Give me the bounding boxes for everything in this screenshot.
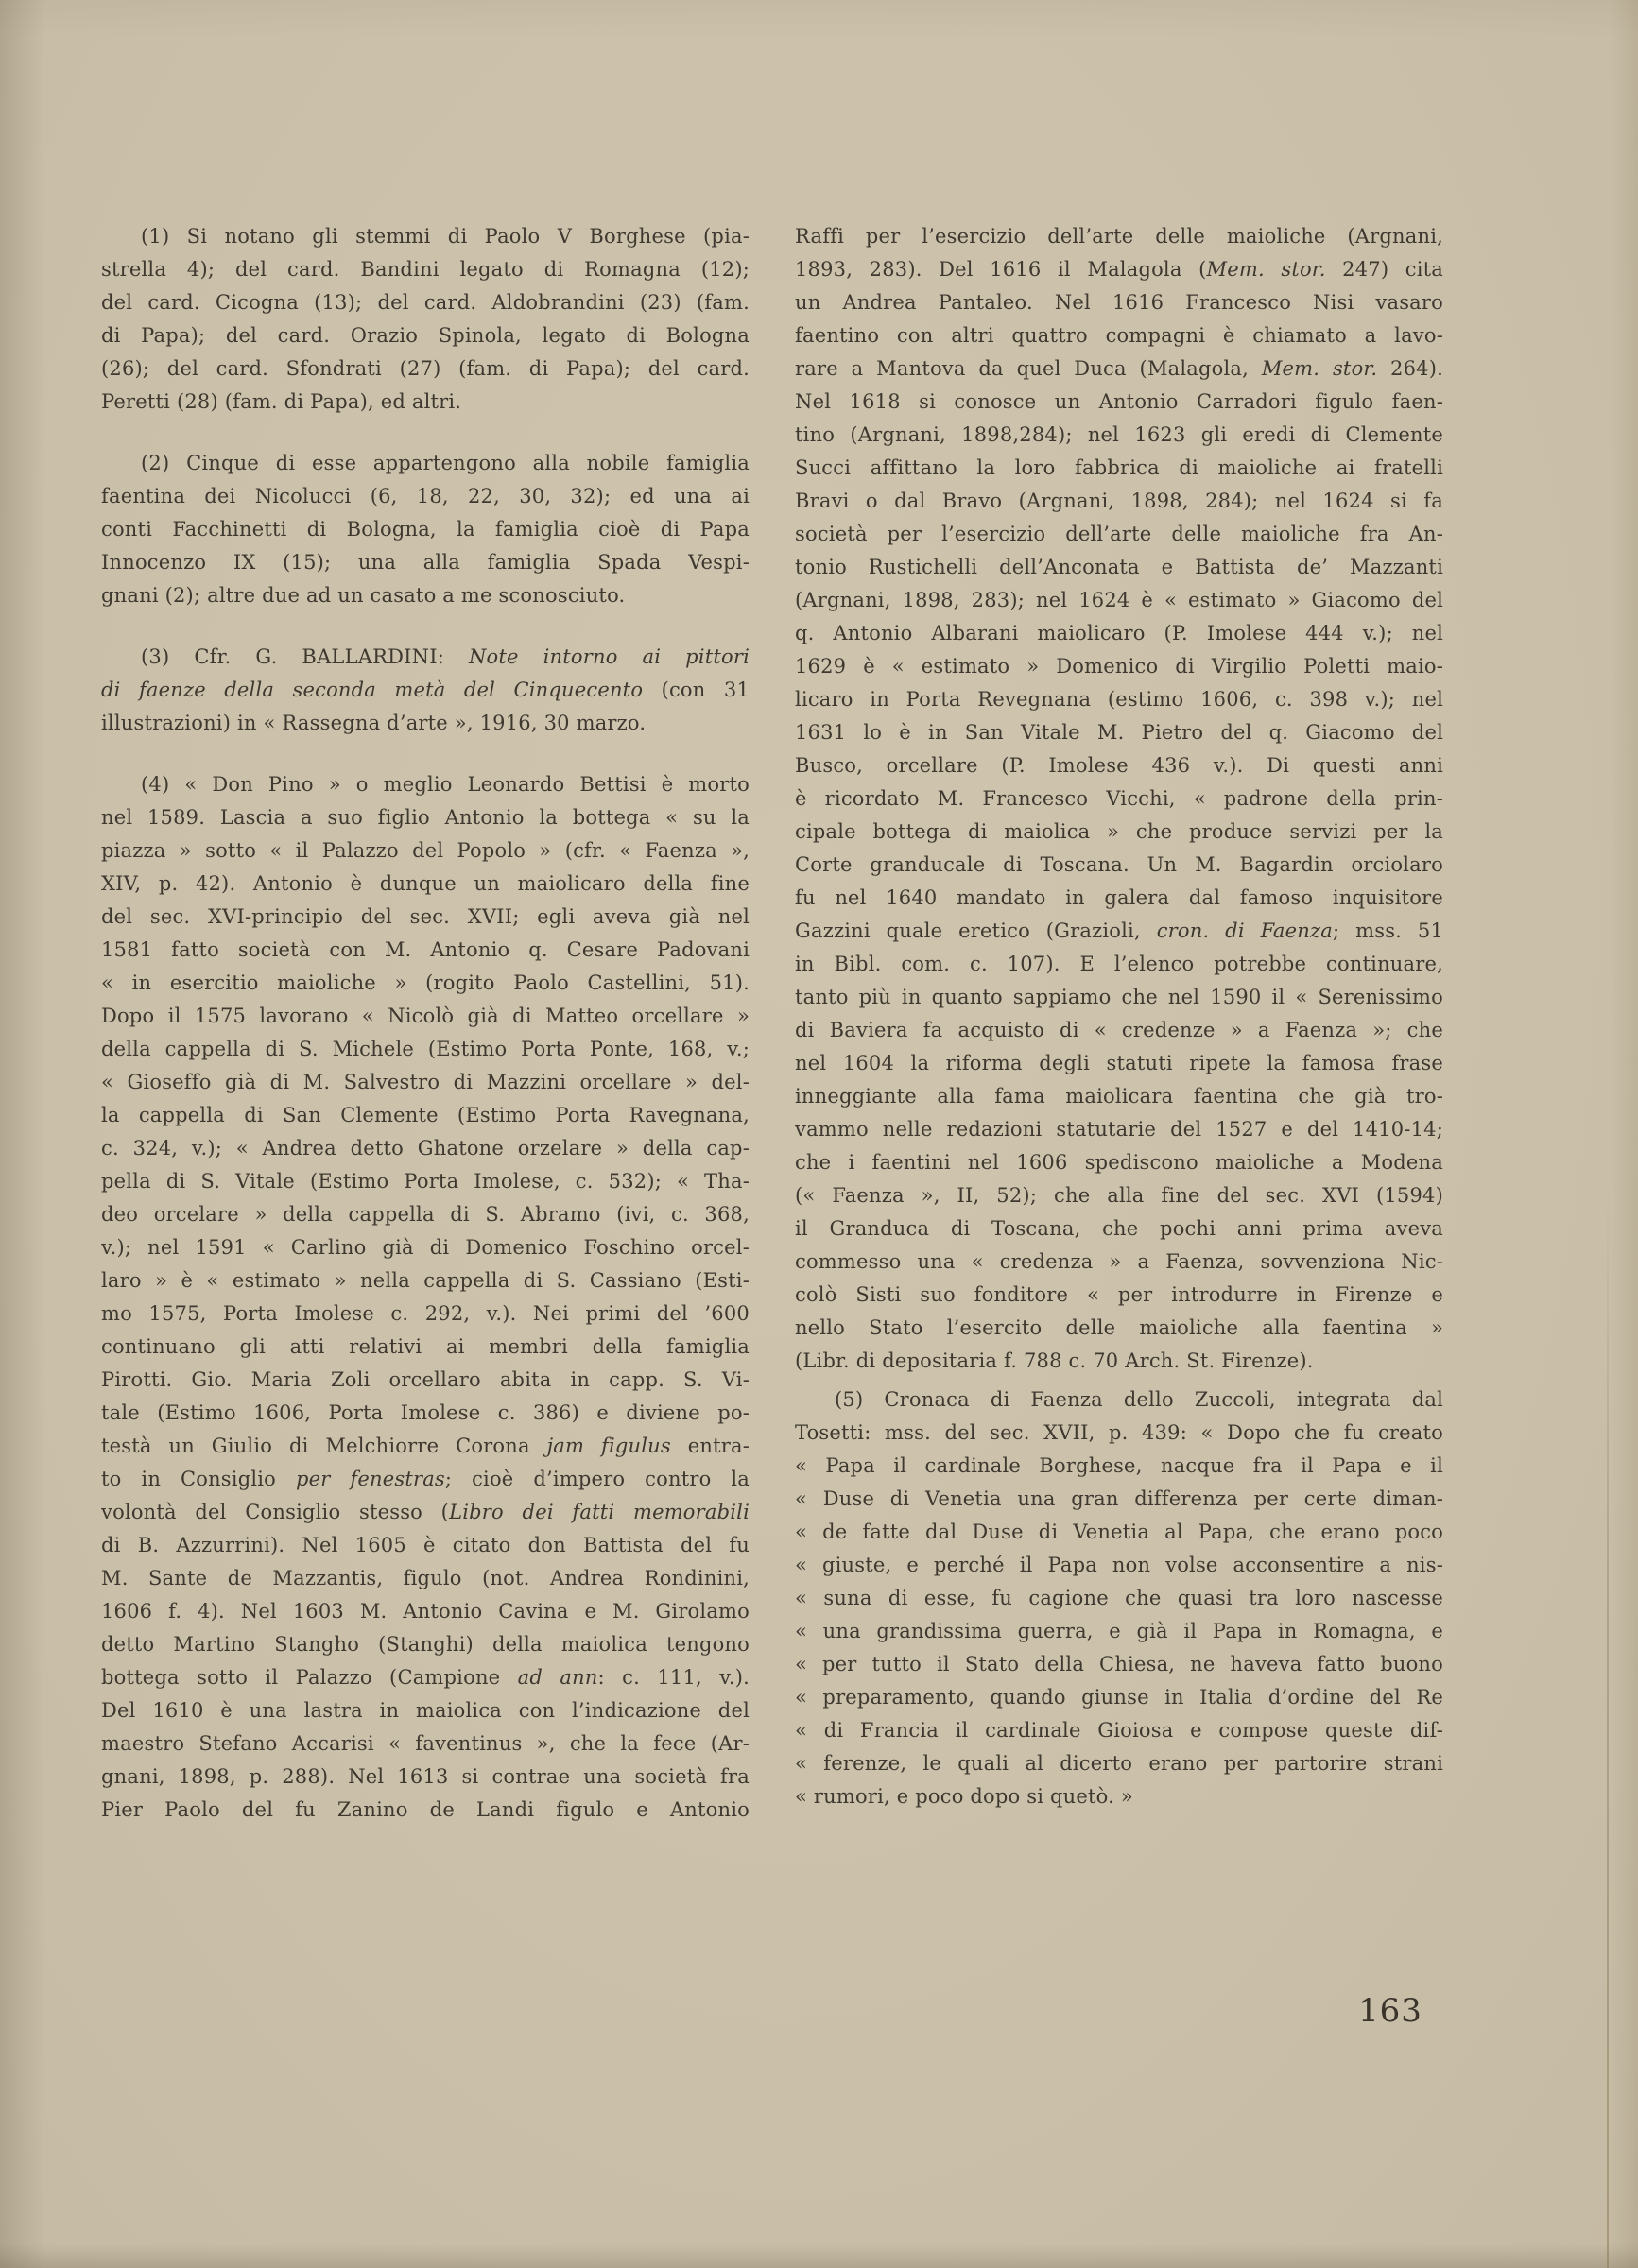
text-line: q. Antonio Albarani maiolicaro (P. Imole… <box>795 617 1443 650</box>
text-line: (26); del card. Sfondrati (27) (fam. di … <box>101 352 750 386</box>
text-line: che i faentini nel 1606 spediscono maiol… <box>795 1146 1443 1179</box>
text-line: tonio Rustichelli dell’Anconata e Battis… <box>795 551 1443 584</box>
text-segment: Busco, orcellare (P. Imolese 436 v.). Di… <box>795 754 1443 777</box>
text-line: pella di S. Vitale (Estimo Porta Imolese… <box>101 1165 750 1198</box>
italic-text: di faenze della seconda metà del Cinquec… <box>101 679 662 701</box>
text-segment: (1) Si notano gli stemmi di Paolo V Borg… <box>141 225 750 248</box>
text-segment: « preparamento, quando giunse in Italia … <box>795 1686 1443 1709</box>
text-segment: bottega sotto il Palazzo (Campione <box>101 1666 518 1689</box>
text-segment: Del 1610 è una lastra in maiolica con l’… <box>101 1699 750 1722</box>
text-line: « di Francia il cardinale Gioiosa e comp… <box>795 1714 1443 1747</box>
text-line: è ricordato M. Francesco Vicchi, « padro… <box>795 782 1443 816</box>
text-line: (Argnani, 1898, 283); nel 1624 è « estim… <box>795 584 1443 617</box>
text-line: Raffi per l’esercizio dell’arte delle ma… <box>795 220 1443 253</box>
page-edge-shadow <box>1607 1181 1609 2268</box>
text-line: (Libr. di depositaria f. 788 c. 70 Arch.… <box>795 1345 1443 1378</box>
text-segment: di Baviera fa acquisto di « credenze » a… <box>795 1019 1443 1041</box>
text-segment: 1893, 283). Del 1616 il Malagola ( <box>795 258 1207 281</box>
text-segment: ; mss. 51 <box>1333 919 1443 942</box>
text-segment: 1629 è « estimato » Domenico di Virgilio… <box>795 655 1443 678</box>
text-line: (5) Cronaca di Faenza dello Zuccoli, int… <box>795 1383 1443 1417</box>
text-segment: deo orcelare » della cappella di S. Abra… <box>101 1203 750 1226</box>
text-segment: un Andrea Pantaleo. Nel 1616 Francesco N… <box>795 291 1443 314</box>
text-line: del sec. XVI-principio del sec. XVII; eg… <box>101 901 750 934</box>
text-line: maestro Stefano Accarisi « faventinus »,… <box>101 1727 750 1761</box>
text-segment: piazza » sotto « il Palazzo del Popolo »… <box>101 839 750 862</box>
text-segment: del card. Cicogna (13); del card. Aldobr… <box>101 291 750 314</box>
text-segment: cipale bottega di maiolica » che produce… <box>795 820 1443 843</box>
page-number: 163 <box>1358 1990 1422 2032</box>
left-column: (1) Si notano gli stemmi di Paolo V Borg… <box>101 220 750 1827</box>
text-line: « rumori, e poco dopo si quetò. » <box>795 1780 1443 1813</box>
italic-text: cron. di Faenza <box>1157 919 1333 942</box>
paragraph: (3) Cfr. G. BALLARDINI: Note intorno ai … <box>101 641 750 740</box>
text-segment: strella 4); del card. Bandini legato di … <box>101 258 750 281</box>
text-segment: laro » è « estimato » nella cappella di … <box>101 1269 750 1292</box>
text-segment: nel 1589. Lascia a suo figlio Antonio la… <box>101 806 750 829</box>
text-segment: « una grandissima guerra, e già il Papa … <box>795 1620 1443 1642</box>
text-line: il Granduca di Toscana, che pochi anni p… <box>795 1212 1443 1246</box>
text-segment: colò Sisti suo fonditore « per introdurr… <box>795 1283 1443 1306</box>
text-line: faentino con altri quattro compagni è ch… <box>795 319 1443 352</box>
text-segment: « Gioseffo già di M. Salvestro di Mazzin… <box>101 1071 750 1093</box>
text-line: deo orcelare » della cappella di S. Abra… <box>101 1198 750 1231</box>
text-line: faentina dei Nicolucci (6, 18, 22, 30, 3… <box>101 480 750 513</box>
text-line: v.); nel 1591 « Carlino già di Domenico … <box>101 1231 750 1264</box>
right-column: Raffi per l’esercizio dell’arte delle ma… <box>795 220 1443 1813</box>
text-segment: Gazzini quale eretico (Grazioli, <box>795 919 1157 942</box>
text-line: nello Stato l’esercito delle maioliche a… <box>795 1312 1443 1345</box>
text-line: un Andrea Pantaleo. Nel 1616 Francesco N… <box>795 286 1443 319</box>
italic-text: Libro dei fatti memorabili <box>449 1501 750 1523</box>
text-segment: tale (Estimo 1606, Porta Imolese c. 386)… <box>101 1401 750 1424</box>
text-line: Succi affittano la loro fabbrica di maio… <box>795 452 1443 485</box>
text-segment: « de fatte dal Duse di Venetia al Papa, … <box>795 1521 1443 1543</box>
text-segment: « Papa il cardinale Borghese, nacque fra… <box>795 1454 1443 1477</box>
text-line: testà un Giulio di Melchiorre Corona jam… <box>101 1430 750 1463</box>
text-line: illustrazioni) in « Rassegna d’arte », 1… <box>101 707 750 740</box>
text-segment: maestro Stefano Accarisi « faventinus »,… <box>101 1732 750 1755</box>
text-line: strella 4); del card. Bandini legato di … <box>101 253 750 286</box>
text-line: commesso una « credenza » a Faenza, sovv… <box>795 1246 1443 1279</box>
text-segment: Bravi o dal Bravo (Argnani, 1898, 284); … <box>795 490 1443 512</box>
text-segment: è ricordato M. Francesco Vicchi, « padro… <box>795 787 1443 810</box>
text-line: di faenze della seconda metà del Cinquec… <box>101 674 750 707</box>
text-line: XIV, p. 42). Antonio è dunque un maiolic… <box>101 868 750 901</box>
text-segment: tonio Rustichelli dell’Anconata e Battis… <box>795 556 1443 578</box>
text-line: del card. Cicogna (13); del card. Aldobr… <box>101 286 750 319</box>
text-segment: M. Sante de Mazzantis, figulo (not. Andr… <box>101 1567 750 1589</box>
text-line: 1893, 283). Del 1616 il Malagola (Mem. s… <box>795 253 1443 286</box>
text-line: Bravi o dal Bravo (Argnani, 1898, 284); … <box>795 485 1443 518</box>
paragraph: Raffi per l’esercizio dell’arte delle ma… <box>795 220 1443 1378</box>
text-segment: conti Facchinetti di Bologna, la famigli… <box>101 518 750 541</box>
text-segment: nel 1604 la riforma degli statuti ripete… <box>795 1052 1443 1074</box>
text-line: Corte granducale di Toscana. Un M. Bagar… <box>795 849 1443 882</box>
text-segment: (3) Cfr. G. BALLARDINI: <box>141 645 469 668</box>
italic-text: ad ann <box>518 1666 598 1689</box>
text-line: gnani (2); altre due ad un casato a me s… <box>101 579 750 612</box>
text-line: in Bibl. com. c. 107). E l’elenco potreb… <box>795 948 1443 981</box>
text-segment: v.); nel 1591 « Carlino già di Domenico … <box>101 1236 750 1259</box>
text-line: 1631 lo è in San Vitale M. Pietro del q.… <box>795 716 1443 749</box>
text-segment: società per l’esercizio dell’arte delle … <box>795 523 1443 545</box>
text-line: gnani, 1898, p. 288). Nel 1613 si contra… <box>101 1761 750 1794</box>
text-line: piazza » sotto « il Palazzo del Popolo »… <box>101 834 750 868</box>
text-segment: « giuste, e perché il Papa non volse acc… <box>795 1554 1443 1576</box>
text-line: fu nel 1640 mandato in galera dal famoso… <box>795 882 1443 915</box>
text-segment: fu nel 1640 mandato in galera dal famoso… <box>795 886 1443 909</box>
text-segment: commesso una « credenza » a Faenza, sovv… <box>795 1250 1443 1273</box>
text-line: licaro in Porta Revegnana (estimo 1606, … <box>795 683 1443 716</box>
text-line: « Papa il cardinale Borghese, nacque fra… <box>795 1450 1443 1483</box>
paragraph: (2) Cinque di esse appartengono alla nob… <box>101 447 750 612</box>
text-line: Innocenzo IX (15); una alla famiglia Spa… <box>101 546 750 579</box>
text-segment: Corte granducale di Toscana. Un M. Bagar… <box>795 853 1443 876</box>
text-line: detto Martino Stangho (Stanghi) della ma… <box>101 1628 750 1661</box>
text-line: Dopo il 1575 lavorano « Nicolò già di Ma… <box>101 1000 750 1033</box>
text-segment: XIV, p. 42). Antonio è dunque un maiolic… <box>101 872 750 895</box>
text-segment: Nel 1618 si conosce un Antonio Carradori… <box>795 390 1443 413</box>
text-segment: c. 324, v.); « Andrea detto Ghatone orze… <box>101 1137 750 1160</box>
text-line: bottega sotto il Palazzo (Campione ad an… <box>101 1661 750 1694</box>
text-segment: detto Martino Stangho (Stanghi) della ma… <box>101 1633 750 1656</box>
text-segment: « rumori, e poco dopo si quetò. » <box>795 1785 1133 1808</box>
text-line: 1581 fatto società con M. Antonio q. Ces… <box>101 934 750 967</box>
text-line: tanto più in quanto sappiamo che nel 159… <box>795 981 1443 1014</box>
text-segment: Pirotti. Gio. Maria Zoli orcellaro abita… <box>101 1368 750 1391</box>
text-line: di B. Azzurrini). Nel 1605 è citato don … <box>101 1529 750 1562</box>
text-segment: 247) cita <box>1326 258 1443 281</box>
text-segment: testà un Giulio di Melchiorre Corona <box>101 1435 547 1457</box>
italic-text: Mem. stor. <box>1262 357 1377 380</box>
italic-text: per fenestras <box>296 1468 445 1490</box>
text-segment: che i faentini nel 1606 spediscono maiol… <box>795 1151 1443 1174</box>
text-segment: (5) Cronaca di Faenza dello Zuccoli, int… <box>835 1388 1443 1411</box>
text-segment: (Argnani, 1898, 283); nel 1624 è « estim… <box>795 589 1443 611</box>
text-line: « in esercitio maioliche » (rogito Paolo… <box>101 967 750 1000</box>
text-segment: (4) « Don Pino » o meglio Leonardo Betti… <box>141 773 750 796</box>
text-segment: rare a Mantova da quel Duca (Malagola, <box>795 357 1262 380</box>
text-segment: faentino con altri quattro compagni è ch… <box>795 324 1443 347</box>
text-line: mo 1575, Porta Imolese c. 292, v.). Nei … <box>101 1297 750 1331</box>
text-segment: la cappella di San Clemente (Estimo Port… <box>101 1104 750 1126</box>
text-line: c. 324, v.); « Andrea detto Ghatone orze… <box>101 1132 750 1165</box>
text-segment: : c. 111, v.). <box>598 1666 750 1689</box>
text-segment: to in Consiglio <box>101 1468 296 1490</box>
text-segment: q. Antonio Albarani maiolicaro (P. Imole… <box>795 622 1443 644</box>
text-line: Del 1610 è una lastra in maiolica con l’… <box>101 1694 750 1727</box>
text-segment: « Duse di Venetia una gran differenza pe… <box>795 1487 1443 1510</box>
text-line: conti Facchinetti di Bologna, la famigli… <box>101 513 750 546</box>
text-segment: continuano gli atti relativi ai membri d… <box>101 1335 750 1358</box>
text-segment: 1606 f. 4). Nel 1603 M. Antonio Cavina e… <box>101 1600 750 1623</box>
text-segment: illustrazioni) in « Rassegna d’arte », 1… <box>101 712 646 734</box>
text-line: (3) Cfr. G. BALLARDINI: Note intorno ai … <box>101 641 750 674</box>
text-segment: inneggiante alla fama maiolicara faentin… <box>795 1085 1443 1108</box>
text-segment: della cappella di S. Michele (Estimo Por… <box>101 1038 750 1060</box>
text-line: di Papa); del card. Orazio Spinola, lega… <box>101 319 750 352</box>
text-line: 1629 è « estimato » Domenico di Virgilio… <box>795 650 1443 683</box>
text-segment: faentina dei Nicolucci (6, 18, 22, 30, 3… <box>101 485 750 507</box>
text-line: volontà del Consiglio stesso (Libro dei … <box>101 1496 750 1529</box>
text-segment: ; cioè d’impero contro la <box>445 1468 750 1490</box>
text-line: laro » è « estimato » nella cappella di … <box>101 1264 750 1297</box>
text-segment: « suna di esse, fu cagione che quasi tra… <box>795 1587 1443 1609</box>
text-segment: « per tutto il Stato della Chiesa, ne ha… <box>795 1653 1443 1675</box>
text-segment: 264). <box>1377 357 1443 380</box>
text-line: to in Consiglio per fenestras; cioè d’im… <box>101 1463 750 1496</box>
text-segment: di B. Azzurrini). Nel 1605 è citato don … <box>101 1534 750 1556</box>
text-line: « per tutto il Stato della Chiesa, ne ha… <box>795 1648 1443 1681</box>
text-line: (2) Cinque di esse appartengono alla nob… <box>101 447 750 480</box>
text-segment: 1631 lo è in San Vitale M. Pietro del q.… <box>795 721 1443 744</box>
text-line: « una grandissima guerra, e già il Papa … <box>795 1615 1443 1648</box>
text-line: colò Sisti suo fonditore « per introdurr… <box>795 1279 1443 1312</box>
text-segment: Pier Paolo del fu Zanino de Landi figulo… <box>101 1798 750 1821</box>
text-line: cipale bottega di maiolica » che produce… <box>795 816 1443 849</box>
text-segment: licaro in Porta Revegnana (estimo 1606, … <box>795 688 1443 711</box>
text-segment: gnani (2); altre due ad un casato a me s… <box>101 584 625 607</box>
paragraph: (1) Si notano gli stemmi di Paolo V Borg… <box>101 220 750 419</box>
text-line: (« Faenza », II, 52); che alla fine del … <box>795 1179 1443 1212</box>
text-segment: mo 1575, Porta Imolese c. 292, v.). Nei … <box>101 1302 750 1325</box>
text-segment: il Granduca di Toscana, che pochi anni p… <box>795 1217 1443 1240</box>
text-segment: (26); del card. Sfondrati (27) (fam. di … <box>101 357 750 380</box>
text-segment: « di Francia il cardinale Gioiosa e comp… <box>795 1719 1443 1742</box>
italic-text: Note intorno ai pittori <box>469 645 750 668</box>
text-line: tale (Estimo 1606, Porta Imolese c. 386)… <box>101 1397 750 1430</box>
text-line: Gazzini quale eretico (Grazioli, cron. d… <box>795 915 1443 948</box>
text-segment: « in esercitio maioliche » (rogito Paolo… <box>101 971 750 994</box>
text-line: 1606 f. 4). Nel 1603 M. Antonio Cavina e… <box>101 1595 750 1628</box>
text-segment: entra- <box>671 1435 750 1457</box>
text-segment: pella di S. Vitale (Estimo Porta Imolese… <box>101 1170 750 1193</box>
text-line: la cappella di San Clemente (Estimo Port… <box>101 1099 750 1132</box>
text-line: nel 1604 la riforma degli statuti ripete… <box>795 1047 1443 1080</box>
text-line: « de fatte dal Duse di Venetia al Papa, … <box>795 1516 1443 1549</box>
text-line: di Baviera fa acquisto di « credenze » a… <box>795 1014 1443 1047</box>
text-line: « suna di esse, fu cagione che quasi tra… <box>795 1582 1443 1615</box>
text-line: rare a Mantova da quel Duca (Malagola, M… <box>795 352 1443 386</box>
text-segment: (Libr. di depositaria f. 788 c. 70 Arch.… <box>795 1349 1314 1372</box>
text-line: M. Sante de Mazzantis, figulo (not. Andr… <box>101 1562 750 1595</box>
paragraph: (4) « Don Pino » o meglio Leonardo Betti… <box>101 768 750 1827</box>
paragraph: (5) Cronaca di Faenza dello Zuccoli, int… <box>795 1383 1443 1813</box>
text-segment: Peretti (28) (fam. di Papa), ed altri. <box>101 390 461 413</box>
text-line: della cappella di S. Michele (Estimo Por… <box>101 1033 750 1066</box>
text-segment: vammo nelle redazioni statutarie del 152… <box>795 1118 1443 1141</box>
text-line: « Gioseffo già di M. Salvestro di Mazzin… <box>101 1066 750 1099</box>
text-line: Pier Paolo del fu Zanino de Landi figulo… <box>101 1794 750 1827</box>
text-line: (4) « Don Pino » o meglio Leonardo Betti… <box>101 768 750 801</box>
text-line: « ferenze, le quali al dicerto erano per… <box>795 1747 1443 1780</box>
italic-text: Mem. stor. <box>1207 258 1326 281</box>
text-segment: nello Stato l’esercito delle maioliche a… <box>795 1316 1443 1339</box>
italic-text: jam figulus <box>547 1435 671 1457</box>
text-segment: Tosetti: mss. del sec. XVII, p. 439: « D… <box>795 1421 1443 1444</box>
text-line: continuano gli atti relativi ai membri d… <box>101 1331 750 1364</box>
text-line: Pirotti. Gio. Maria Zoli orcellaro abita… <box>101 1364 750 1397</box>
text-line: Nel 1618 si conosce un Antonio Carradori… <box>795 386 1443 419</box>
text-line: Peretti (28) (fam. di Papa), ed altri. <box>101 386 750 419</box>
text-line: nel 1589. Lascia a suo figlio Antonio la… <box>101 801 750 834</box>
text-segment: Raffi per l’esercizio dell’arte delle ma… <box>795 225 1443 248</box>
text-line: (1) Si notano gli stemmi di Paolo V Borg… <box>101 220 750 253</box>
text-segment: (« Faenza », II, 52); che alla fine del … <box>795 1184 1443 1207</box>
text-segment: gnani, 1898, p. 288). Nel 1613 si contra… <box>101 1765 750 1788</box>
text-segment: (2) Cinque di esse appartengono alla nob… <box>141 452 750 474</box>
text-segment: tino (Argnani, 1898,284); nel 1623 gli e… <box>795 423 1443 446</box>
text-segment: tanto più in quanto sappiamo che nel 159… <box>795 986 1443 1008</box>
text-line: società per l’esercizio dell’arte delle … <box>795 518 1443 551</box>
text-line: « Duse di Venetia una gran differenza pe… <box>795 1483 1443 1516</box>
text-line: vammo nelle redazioni statutarie del 152… <box>795 1113 1443 1146</box>
text-segment: di Papa); del card. Orazio Spinola, lega… <box>101 324 750 347</box>
text-segment: Dopo il 1575 lavorano « Nicolò già di Ma… <box>101 1005 750 1027</box>
text-segment: 1581 fatto società con M. Antonio q. Ces… <box>101 938 750 961</box>
text-segment: volontà del Consiglio stesso ( <box>101 1501 449 1523</box>
text-line: « giuste, e perché il Papa non volse acc… <box>795 1549 1443 1582</box>
text-segment: (con 31 <box>662 679 750 701</box>
text-segment: Succi affittano la loro fabbrica di maio… <box>795 456 1443 479</box>
text-segment: « ferenze, le quali al dicerto erano per… <box>795 1752 1443 1775</box>
text-segment: Innocenzo IX (15); una alla famiglia Spa… <box>101 551 750 574</box>
text-line: Busco, orcellare (P. Imolese 436 v.). Di… <box>795 749 1443 782</box>
text-line: Tosetti: mss. del sec. XVII, p. 439: « D… <box>795 1417 1443 1450</box>
text-segment: del sec. XVI-principio del sec. XVII; eg… <box>101 905 750 928</box>
text-line: inneggiante alla fama maiolicara faentin… <box>795 1080 1443 1113</box>
text-line: « preparamento, quando giunse in Italia … <box>795 1681 1443 1714</box>
book-page: (1) Si notano gli stemmi di Paolo V Borg… <box>0 0 1638 2268</box>
text-segment: in Bibl. com. c. 107). E l’elenco potreb… <box>795 953 1443 975</box>
text-line: tino (Argnani, 1898,284); nel 1623 gli e… <box>795 419 1443 452</box>
